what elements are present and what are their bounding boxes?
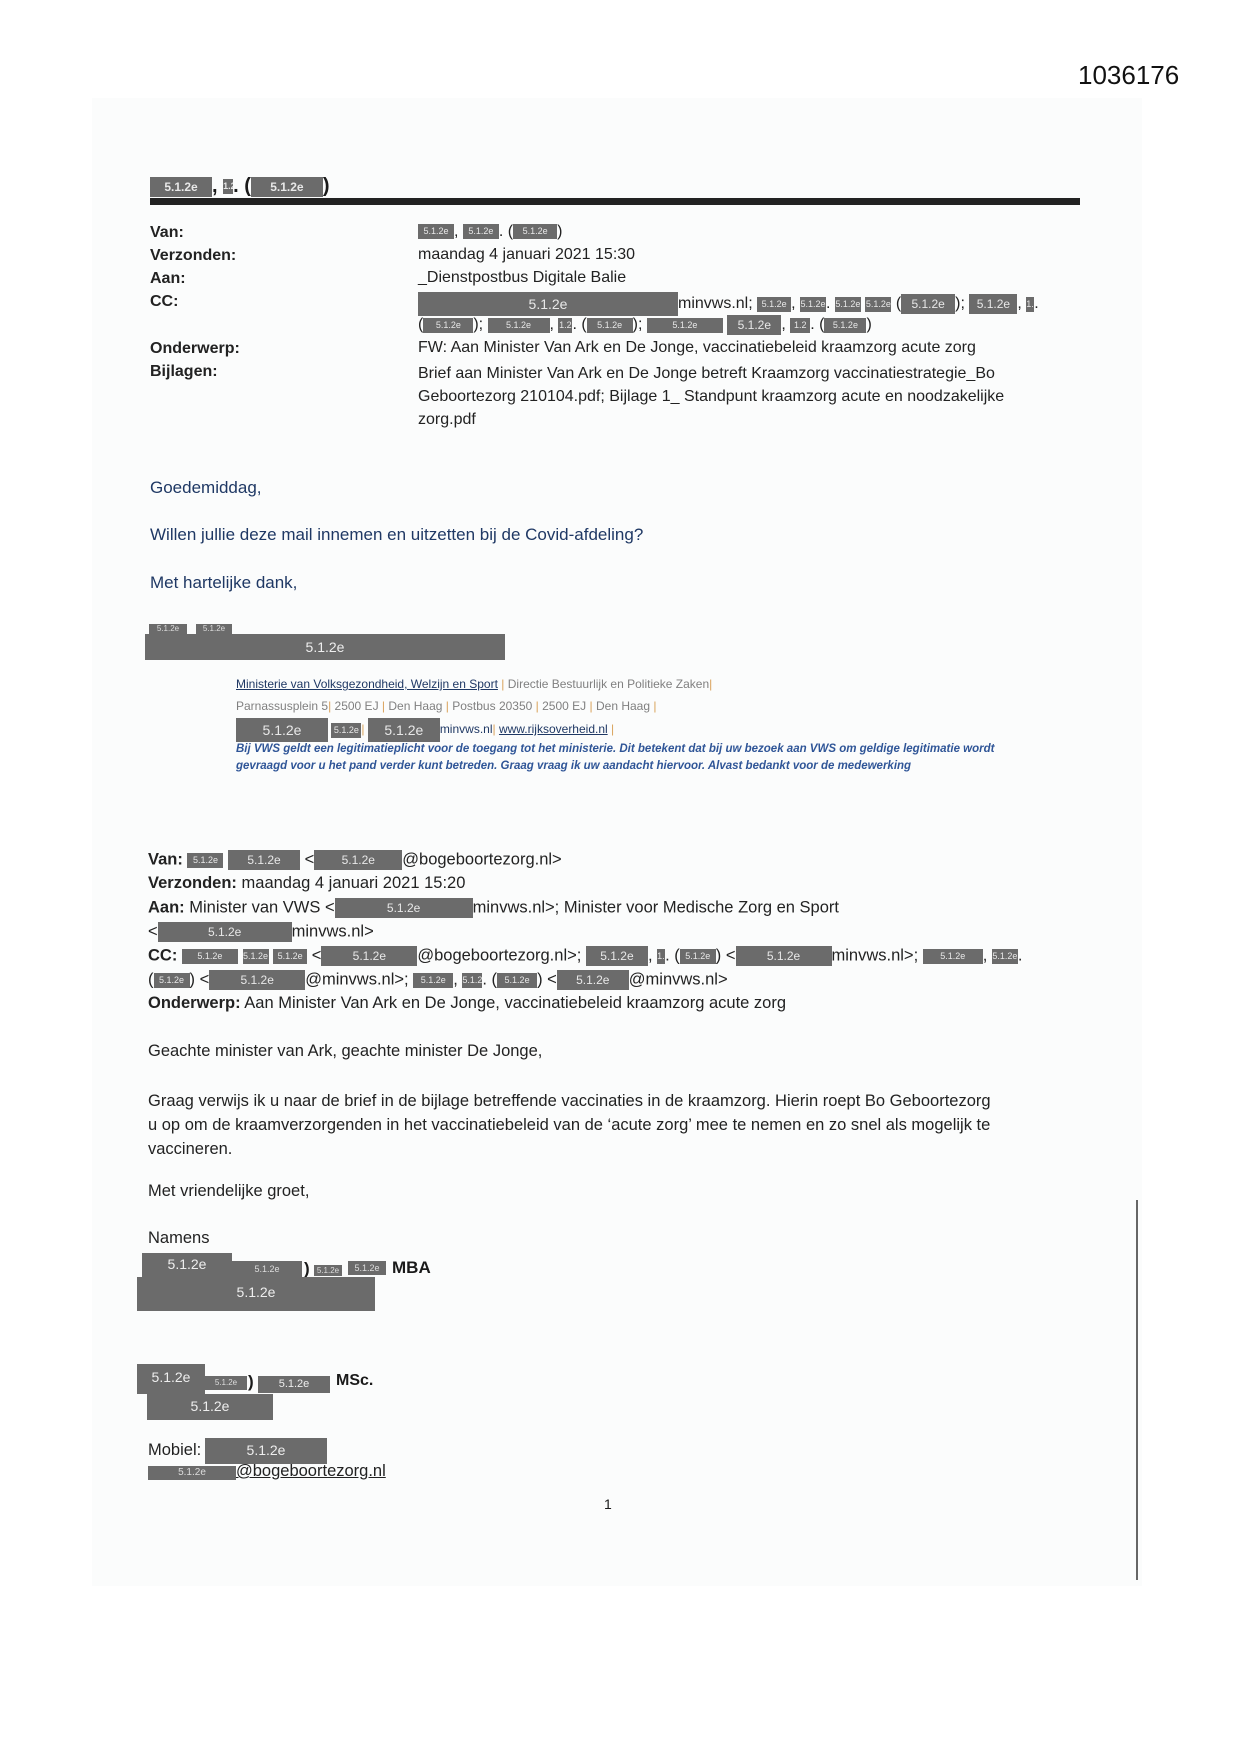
page-number: 1 bbox=[604, 1496, 612, 1512]
inner-to-line2: <5.1.2eminvws.nl> bbox=[148, 922, 374, 942]
document-id: 1036176 bbox=[1078, 60, 1179, 91]
inner-cc-line2: (5.1.2e) <5.1.2e@minvws.nl>; 5.1.2e, 5.1… bbox=[148, 970, 728, 990]
inner-cc-line1: CC: 5.1.2e 5.1.2e 5.1.2e <5.1.2e@bogeboo… bbox=[148, 946, 1023, 966]
title-mba: MBA bbox=[392, 1258, 431, 1278]
attachments-value: Brief aan Minister Van Ark en De Jonge b… bbox=[418, 362, 1004, 431]
inner-subject: Onderwerp: Aan Minister Van Ark en De Jo… bbox=[148, 994, 786, 1013]
header-rule bbox=[150, 198, 1080, 205]
ministry-link[interactable]: Ministerie van Volksgezondheid, Welzijn … bbox=[236, 677, 498, 691]
greeting: Goedemiddag, bbox=[150, 478, 262, 498]
on-behalf-label: Namens bbox=[148, 1229, 209, 1248]
redaction: 5.1.2e bbox=[205, 1376, 247, 1390]
scan-edge-line bbox=[1136, 1200, 1138, 1580]
redaction: 5.1.2e bbox=[137, 1277, 375, 1311]
ministry-line: Ministerie van Volksgezondheid, Welzijn … bbox=[236, 677, 712, 691]
redaction: 5.1.2e bbox=[348, 1261, 386, 1275]
attachment-line[interactable]: Geboortezorg 210104.pdf; Bijlage 1_ Stan… bbox=[418, 385, 1004, 408]
title-msc: MSc. bbox=[336, 1372, 373, 1390]
redaction: 1.2 bbox=[223, 179, 233, 194]
address-line: Parnassusplein 5| 2500 EJ | Den Haag | P… bbox=[236, 699, 657, 713]
redaction: 5.1.2e bbox=[148, 1466, 236, 1480]
subject-value: FW: Aan Minister Van Ark en De Jonge, va… bbox=[418, 339, 976, 357]
sent-value: maandag 4 januari 2021 15:30 bbox=[418, 246, 635, 264]
label-attachments: Bijlagen: bbox=[150, 363, 218, 381]
from-email-domain[interactable]: @bogeboortezorg.nl> bbox=[402, 850, 561, 868]
from-value: 5.1.2e, 5.1.2e. (5.1.2e) bbox=[418, 223, 562, 241]
mobile-label: Mobiel: bbox=[148, 1441, 201, 1460]
attachment-line[interactable]: zorg.pdf bbox=[418, 408, 1004, 431]
redaction-mobile: 5.1.2e bbox=[205, 1438, 327, 1464]
label-sent: Verzonden: bbox=[150, 247, 236, 265]
redaction: 5.1.2e bbox=[150, 177, 212, 197]
website-link[interactable]: www.rijksoverheid.nl bbox=[499, 722, 608, 736]
signature-email-domain[interactable]: @bogeboortezorg.nl bbox=[236, 1462, 386, 1481]
cc-value-line2: (5.1.2e); 5.1.2e, 1.2. (5.1.2e); 5.1.2e … bbox=[418, 315, 872, 335]
redaction: 5.1.2e bbox=[137, 1364, 205, 1394]
redaction-signature-name: 5.1.2e bbox=[145, 634, 505, 660]
contact-line: 5.1.2e 5.1.2e| 5.1.2eminvws.nl| www.rijk… bbox=[236, 718, 614, 742]
request-text: Willen jullie deze mail innemen en uitze… bbox=[150, 525, 643, 545]
salutation: Geachte minister van Ark, geachte minist… bbox=[148, 1042, 542, 1061]
body-paragraph: Graag verwijs ik u naar de brief in de b… bbox=[148, 1089, 991, 1161]
mailbox-owner-header: 5.1.2e, 1.2. (5.1.2e) bbox=[150, 175, 330, 198]
label-cc: CC: bbox=[150, 293, 178, 311]
to-value: _Dienstpostbus Digitale Balie bbox=[418, 269, 626, 287]
closing-text: Met hartelijke dank, bbox=[150, 573, 297, 593]
redaction: 5.1.2e bbox=[251, 177, 323, 197]
closing-greeting: Met vriendelijke groet, bbox=[148, 1182, 309, 1201]
label-to: Aan: bbox=[150, 270, 186, 288]
label-subject: Onderwerp: bbox=[150, 340, 240, 358]
redaction: 5.1.2e bbox=[196, 624, 232, 634]
cc-value-line1: 5.1.2eminvws.nl; 5.1.2e, 5.1.2e. 5.1.2e … bbox=[418, 292, 1039, 316]
label-from: Van: bbox=[150, 224, 184, 242]
inner-to: Aan: Minister van VWS <5.1.2eminvws.nl>;… bbox=[148, 898, 839, 918]
redaction: 5.1.2e bbox=[149, 624, 187, 634]
redaction: 5.1.2e bbox=[147, 1394, 273, 1420]
redaction: 5.1.2e bbox=[232, 1261, 302, 1277]
id-notice: Bij VWS geldt een legitimatieplicht voor… bbox=[236, 741, 994, 775]
redaction: 5.1.2e bbox=[142, 1253, 232, 1277]
inner-from: Van: 5.1.2e 5.1.2e <5.1.2e@bogeboortezor… bbox=[148, 850, 562, 870]
redaction: 5.1.2e bbox=[314, 1265, 342, 1276]
attachment-line[interactable]: Brief aan Minister Van Ark en De Jonge b… bbox=[418, 362, 1004, 385]
inner-sent: Verzonden: maandag 4 januari 2021 15:20 bbox=[148, 874, 465, 893]
redaction: 5.1.2e bbox=[258, 1376, 330, 1393]
